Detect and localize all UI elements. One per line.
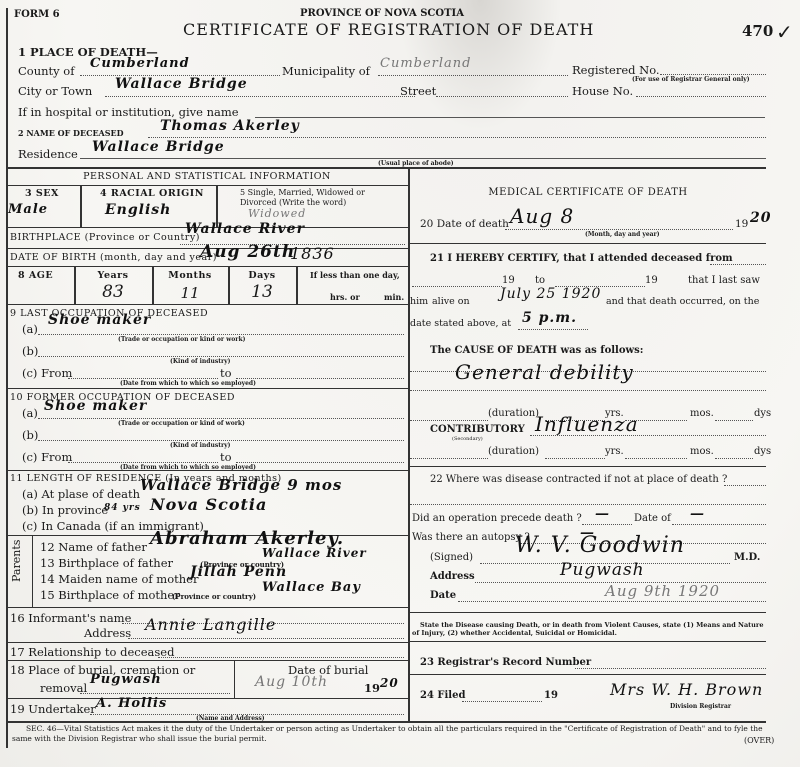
cause-of-death-label: The CAUSE OF DEATH was as follows: xyxy=(430,345,643,356)
former-occ-b-note: (Kind of industry) xyxy=(170,442,231,449)
undertaker-value: A. Hollis xyxy=(96,696,167,711)
city-label: City or Town xyxy=(18,84,92,98)
residence-a-value: Wallace Bridge 9 mos xyxy=(140,476,342,494)
registered-no-label: Registered No. xyxy=(572,63,660,77)
parents-side-label: Parents xyxy=(10,540,23,582)
father-name-label: 12 Name of father xyxy=(40,540,147,554)
check-mark-icon: ✓ xyxy=(776,20,793,44)
sex-value: Male xyxy=(8,202,48,217)
marital-status-value: Widowed xyxy=(248,207,306,220)
medical-date-value: Aug 9th 1920 xyxy=(605,582,720,600)
last-occ-b-label: (b) xyxy=(22,344,38,358)
death-year-value: 20 xyxy=(750,210,771,226)
former-occ-c-label: (c) From xyxy=(22,450,72,464)
autopsy-label: Was there an autopsy ? xyxy=(412,532,530,543)
medical-address-value: Pugwash xyxy=(560,560,645,580)
filed-label: 24 Filed xyxy=(420,690,465,701)
medical-address-label: Address xyxy=(430,571,475,582)
hospital-label: If in hospital or institution, give name xyxy=(18,105,239,119)
signed-value: W. V. Goodwin xyxy=(515,533,685,558)
document-title: CERTIFICATE OF REGISTRATION OF DEATH xyxy=(183,20,594,39)
duration-label-1: (duration) xyxy=(488,408,539,419)
birthplace-label: BIRTHPLACE (Province or Country) xyxy=(10,232,200,243)
dob-label: DATE OF BIRTH (month, day and year) xyxy=(10,252,217,263)
date-stated-label: date stated above, at xyxy=(410,318,511,329)
date-of-value: — xyxy=(690,506,705,522)
burial-year-prefix: 19 xyxy=(364,681,380,695)
operation-label: Did an operation precede death ? xyxy=(412,513,582,524)
mother-maiden-value: Jillah Penn xyxy=(190,564,287,580)
yrs-label-2: yrs. xyxy=(605,446,624,457)
residence-b-prefix: 84 yrs xyxy=(104,503,141,513)
time-of-death-value: 5 p.m. xyxy=(522,310,577,326)
informant-name-label: 16 Informant's name xyxy=(10,611,131,625)
certificate-number: 470 xyxy=(742,22,773,40)
undertaker-label: 19 Undertaker xyxy=(10,702,96,716)
mos-label-2: mos. xyxy=(690,446,714,457)
mos-label-1: mos. xyxy=(690,408,714,419)
residence-label: Residence xyxy=(18,147,78,161)
center-divider xyxy=(408,167,410,721)
former-occ-to-label: to xyxy=(220,450,232,464)
certify-19a: 19 xyxy=(502,275,515,286)
death-year-prefix: 19 xyxy=(735,218,748,230)
days-value: 13 xyxy=(228,282,296,302)
province-title: PROVINCE OF NOVA SCOTIA xyxy=(300,8,464,19)
medical-date-label: Date xyxy=(430,590,456,601)
informant-value: Annie Langille xyxy=(145,615,276,634)
months-label: Months xyxy=(152,270,228,281)
disease-state-note: State the Disease causing Death, or in d… xyxy=(412,621,768,637)
relationship-label: 17 Relationship to deceased xyxy=(10,645,174,659)
operation-value: — xyxy=(595,506,610,522)
alive-on-value: July 25 1920 xyxy=(500,286,601,302)
house-no-label: House No. xyxy=(572,84,633,98)
death-date-label: 20 Date of death xyxy=(420,218,509,230)
last-occ-c-label: (c) From xyxy=(22,366,72,380)
marital-status-label: 5 Single, Married, Widowed or Divorced (… xyxy=(240,188,390,208)
certify-last-saw: that I last saw xyxy=(688,275,760,286)
residence-b-label: (b) In province xyxy=(22,503,108,517)
former-occ-a-value: Shoe maker xyxy=(44,398,147,414)
city-value: Wallace Bridge xyxy=(115,76,248,92)
mother-maiden-label: 14 Maiden name of mother xyxy=(40,572,198,586)
mother-birthplace-value: Wallace Bay xyxy=(262,580,361,595)
last-occ-a-label: (a) xyxy=(22,322,38,336)
father-birthplace-value: Wallace River xyxy=(262,546,367,560)
left-border xyxy=(6,8,8,748)
burial-date-value: Aug 10th xyxy=(255,674,328,690)
former-occ-a-label: (a) xyxy=(22,406,38,420)
dys-label-2: dys xyxy=(754,446,771,457)
street-label: Street xyxy=(400,84,436,98)
municipality-value: Cumberland xyxy=(380,56,471,71)
filed-year-prefix: 19 xyxy=(544,690,558,701)
racial-origin-label: 4 RACIAL ORIGIN xyxy=(100,188,204,199)
burial-year-value: 20 xyxy=(380,676,399,690)
record-number-label: 23 Registrar's Record Number xyxy=(420,657,591,668)
last-occ-c-note: (Date from which to which so employed) xyxy=(120,380,256,387)
abode-note: (Usual place of abode) xyxy=(378,160,454,167)
md-label: M.D. xyxy=(734,552,760,563)
death-date-note: (Month, day and year) xyxy=(585,231,660,238)
residence-a-label: (a) At plase of death xyxy=(22,487,140,501)
death-date-value: Aug 8 xyxy=(510,204,574,228)
death-certificate: FORM 6 PROVINCE OF NOVA SCOTIA CERTIFICA… xyxy=(0,0,800,767)
dob-value: Aug 26th xyxy=(200,242,295,262)
birthplace-value: Wallace River xyxy=(185,221,305,237)
min-label: min. xyxy=(384,292,404,302)
certify-alive-on: alive on xyxy=(432,296,470,307)
hrs-label: hrs. or xyxy=(330,292,360,302)
mother-birthplace-note: (Province or country) xyxy=(172,592,256,601)
former-occ-a-note: (Trade or occupation or kind of work) xyxy=(118,420,245,427)
deceased-name-value: Thomas Akerley xyxy=(160,118,300,134)
certify-him: him xyxy=(410,296,428,307)
certify-death-occurred: and that death occurred, on the xyxy=(606,296,759,307)
dob-year: 1836 xyxy=(290,244,335,263)
certify-text: 21 I HEREBY CERTIFY, that I attended dec… xyxy=(430,253,733,264)
mother-birthplace-label: 15 Birthplace of mother xyxy=(40,588,180,602)
cause-of-death-value: General debility xyxy=(455,360,634,384)
removal-value: Pugwash xyxy=(90,672,162,687)
last-occ-a-note: (Trade or occupation or kind or work) xyxy=(118,336,245,343)
county-value: Cumberland xyxy=(90,56,190,71)
residence-b-value: Nova Scotia xyxy=(150,495,267,514)
county-label: County of xyxy=(18,64,75,78)
residence-value: Wallace Bridge xyxy=(92,139,225,155)
years-label: Years xyxy=(74,270,152,281)
signed-label: (Signed) xyxy=(430,552,473,563)
over-label: (OVER) xyxy=(744,736,774,745)
racial-origin-value: English xyxy=(105,202,171,218)
sex-label: 3 SEX xyxy=(25,188,59,199)
certify-19b: 19 xyxy=(645,275,658,286)
dys-label-1: dys xyxy=(754,408,771,419)
division-registrar-note: Division Registrar xyxy=(670,703,731,710)
certify-to: to xyxy=(535,275,545,286)
form-number: FORM 6 xyxy=(14,9,60,20)
secondary-note: (Secondary) xyxy=(452,436,483,442)
medical-heading: MEDICAL CERTIFICATE OF DEATH xyxy=(410,187,766,198)
less-than-day-label: If less than one day, xyxy=(310,270,400,280)
former-occ-b-label: (b) xyxy=(22,428,38,442)
last-occ-b-note: (Kind of industry) xyxy=(170,358,231,365)
municipality-label: Municipality of xyxy=(282,64,370,78)
last-occ-a-value: Shoe maker xyxy=(48,312,151,328)
informant-address-label: Address xyxy=(84,626,131,640)
contributory-label: CONTRIBUTORY xyxy=(430,424,525,435)
division-registrar-signature: Mrs W. H. Brown xyxy=(610,680,763,699)
months-value: 11 xyxy=(152,284,228,302)
date-of-label: Date of xyxy=(634,513,671,524)
years-value: 83 xyxy=(74,282,152,302)
sec-46-notice: SEC. 46—Vital Statistics Act makes it th… xyxy=(12,724,782,744)
age-label: 8 AGE xyxy=(18,270,53,281)
deceased-name-label: 2 NAME OF DECEASED xyxy=(18,128,124,138)
registered-no-note: (For use of Registrar General only) xyxy=(632,76,750,83)
personal-heading: PERSONAL AND STATISTICAL INFORMATION xyxy=(6,171,408,182)
father-birthplace-label: 13 Birthplace of father xyxy=(40,556,173,570)
last-occ-to-label: to xyxy=(220,366,232,380)
contributory-value: Influenza xyxy=(535,412,639,436)
days-label: Days xyxy=(228,270,296,281)
duration-label-2: (duration) xyxy=(488,446,539,457)
contracted-label: 22 Where was disease contracted if not a… xyxy=(430,474,727,485)
